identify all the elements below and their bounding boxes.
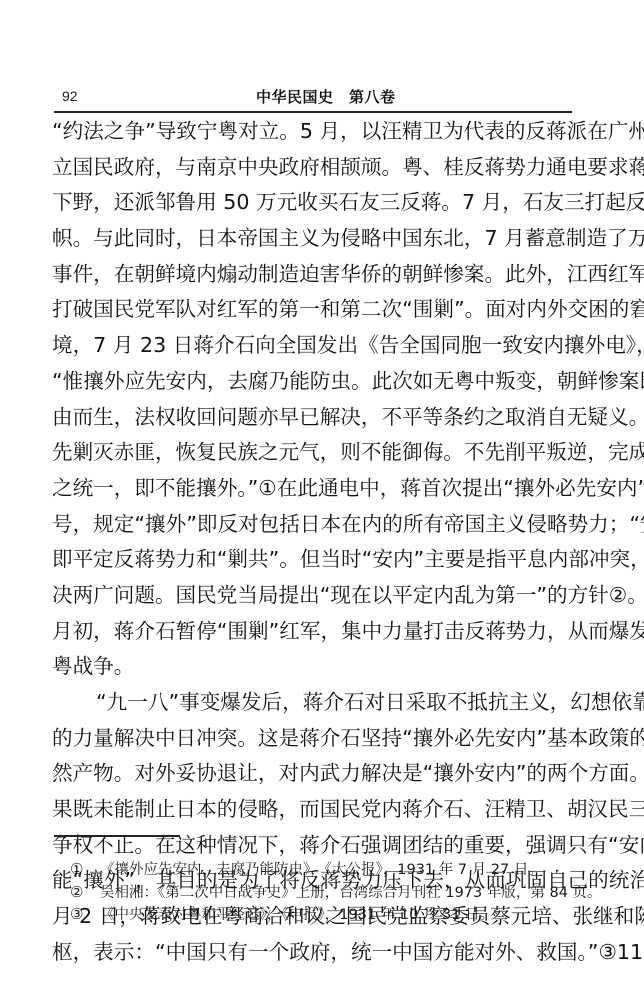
footnote-1: ①《攘外应先安内，去腐乃能防虫》，《大公报》，1931 年 7 月 27 日。 bbox=[70, 858, 590, 881]
body-line: 打破国民党军队对红军的第一和第二次“围剿”。面对内外交困的窘 bbox=[52, 295, 574, 331]
body-line: 果既未能制止日本的侵略，而国民党内蒋介石、汪精卫、胡汉民三派仍 bbox=[52, 795, 574, 831]
body-line: “约法之争”导致宁粤对立。5 月，以汪精卫为代表的反蒋派在广州成 bbox=[52, 117, 574, 153]
body-line: 月初，蒋介石暂停“围剿”红军，集中力量打击反蒋势力，从而爆发了宁 bbox=[52, 617, 574, 653]
body-text: “约法之争”导致宁粤对立。5 月，以汪精卫为代表的反蒋派在广州成 立国民政府，与… bbox=[52, 117, 574, 974]
footnote-2: ②吴相湘：《第二次中日战争史》上册，台湾综合月刊社 1973 年版，第 84 页… bbox=[70, 881, 590, 904]
paragraph-end-line: 粤战争。 bbox=[52, 652, 574, 688]
body-line: 由而生，法权收回问题亦早已解决，不平等条约之取消自无疑义。故不 bbox=[52, 403, 574, 439]
footnote-marker: ① bbox=[70, 858, 100, 880]
body-line: “惟攘外应先安内，去腐乃能防虫。此次如无粤中叛变，朝鲜惨案即无 bbox=[52, 367, 574, 403]
body-line: 的力量解决中日冲突。这是蒋介石坚持“攘外必先安内”基本政策的必 bbox=[52, 724, 574, 760]
footnote-text: 吴相湘：《第二次中日战争史》上册，台湾综合月刊社 1973 年版，第 84 页。 bbox=[100, 885, 602, 901]
body-line: 然产物。对外妥协退让，对内武力解决是“攘外安内”的两个方面。结 bbox=[52, 759, 574, 795]
paragraph-start-line: “九一八”事变爆发后，蒋介石对日采取不抵抗主义，幻想依靠国联 bbox=[52, 688, 574, 724]
footnote-3: ③《中央发表对粤和平经过》，《申报》，1931 年 10 月 31 日。 bbox=[70, 903, 590, 926]
footnote-rule bbox=[54, 835, 180, 837]
page-number: 92 bbox=[62, 88, 78, 104]
body-line: 下野，还派邹鲁用 50 万元收买石友三反蒋。7 月，石友三打起反蒋旗 bbox=[52, 188, 574, 224]
body-line: 立国民政府，与南京中央政府相颉颃。粤、桂反蒋势力通电要求蒋介石 bbox=[52, 153, 574, 189]
footnote-marker: ② bbox=[70, 881, 100, 903]
body-line: 先剿灭赤匪，恢复民族之元气，则不能御侮。不先削平叛逆，完成国家 bbox=[52, 438, 574, 474]
footnotes: ①《攘外应先安内，去腐乃能防虫》，《大公报》，1931 年 7 月 27 日。 … bbox=[70, 858, 590, 926]
body-line: 即平定反蒋势力和“剿共”。但当时“安内”主要是指平息内部冲突，解 bbox=[52, 545, 574, 581]
footnote-text: 《中央发表对粤和平经过》，《申报》，1931 年 10 月 31 日。 bbox=[100, 907, 494, 923]
body-line: 帜。与此同时，日本帝国主义为侵略中国东北，7 月蓄意制造了万宝山 bbox=[52, 224, 574, 260]
footnote-marker: ③ bbox=[70, 903, 100, 925]
header-rule bbox=[54, 111, 572, 113]
body-line: 枢，表示：“中国只有一个政府，统一中国方能对外、救国。”③11 月 12 bbox=[52, 938, 574, 974]
body-line: 之统一，即不能攘外。”①在此通电中，蒋首次提出“攘外必先安内”的口 bbox=[52, 474, 574, 510]
body-line: 境，7 月 23 日蒋介石向全国发出《告全国同胞一致安内攘外电》，提出： bbox=[52, 331, 574, 367]
footnote-text: 《攘外应先安内，去腐乃能防虫》，《大公报》，1931 年 7 月 27 日。 bbox=[100, 862, 543, 878]
running-title: 中华民国史 第八卷 bbox=[256, 86, 396, 107]
body-line: 事件，在朝鲜境内煽动制造迫害华侨的朝鲜惨案。此外，江西红军接连 bbox=[52, 260, 574, 296]
body-line: 号，规定“攘外”即反对包括日本在内的所有帝国主义侵略势力；“安内” bbox=[52, 510, 574, 546]
body-line: 决两广问题。国民党当局提出“现在以平定内乱为第一”的方针②。9 bbox=[52, 581, 574, 617]
